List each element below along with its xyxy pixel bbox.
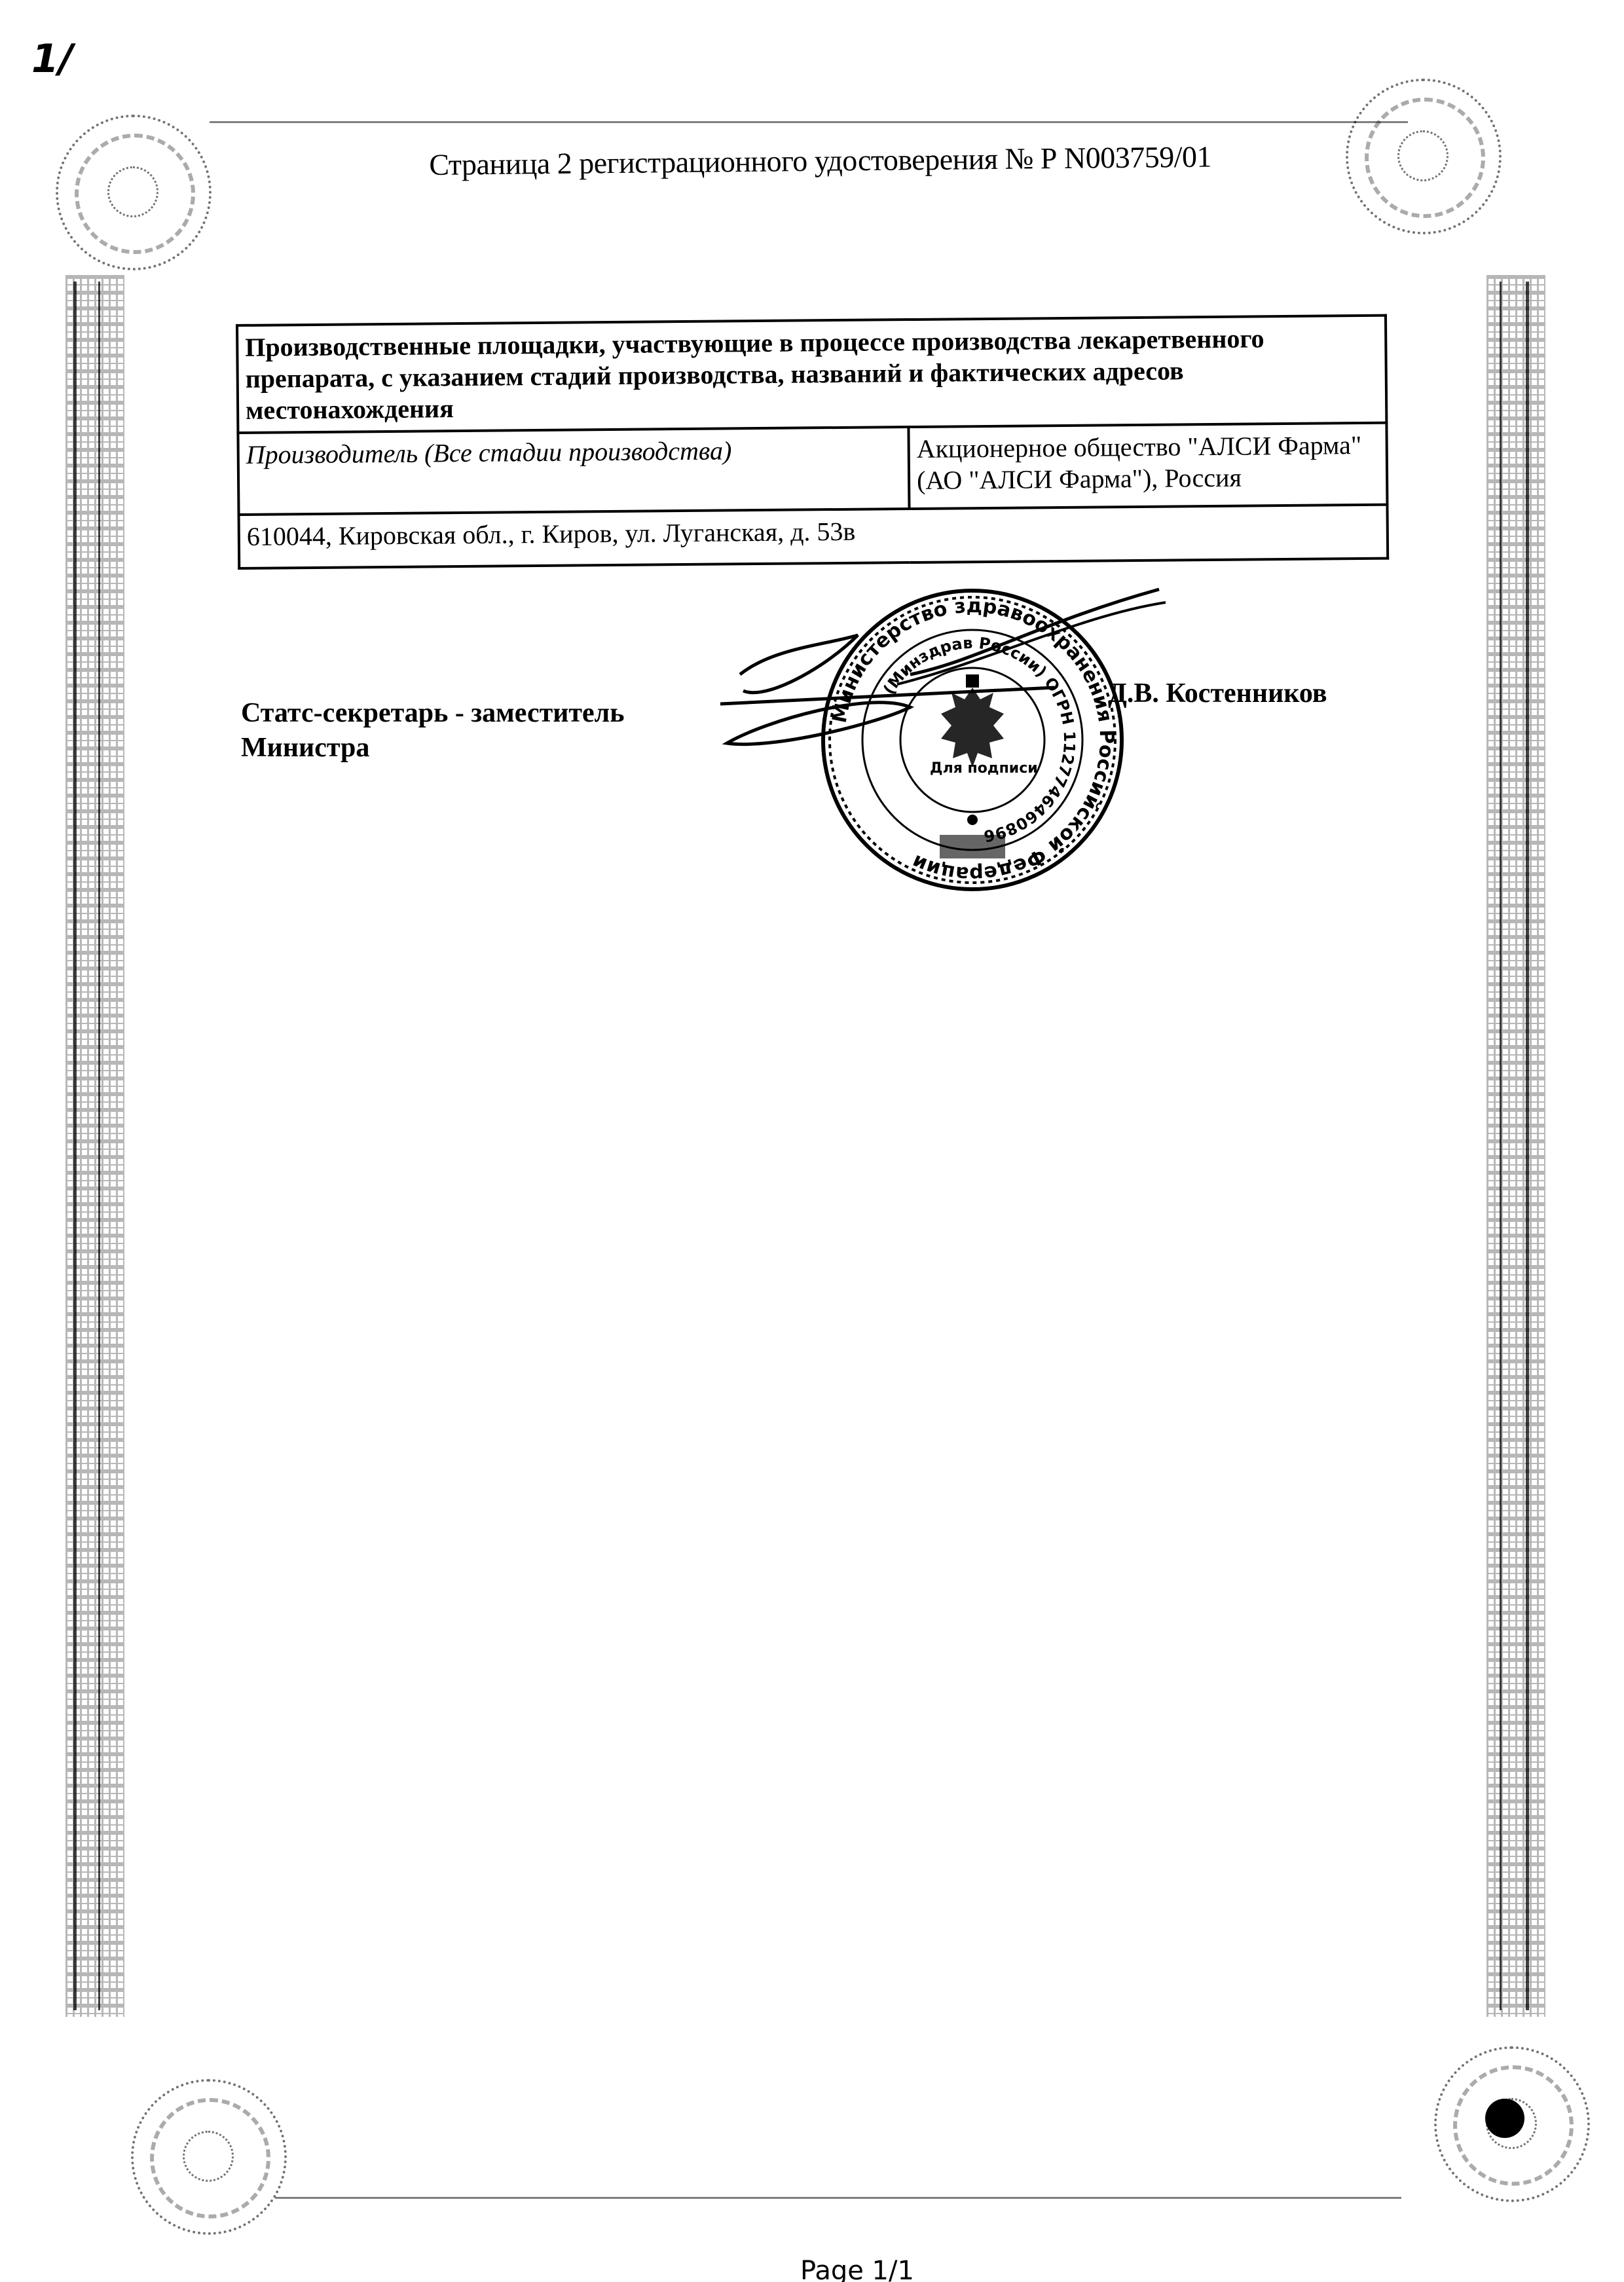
table-row: 610044, Кировская обл., г. Киров, ул. Лу… [239,505,1388,568]
page-footer: Page 1/1 [800,2256,914,2282]
rosette-ornament-icon [131,2079,287,2235]
signatory-title-line: Министра [241,731,624,765]
hole-punch-dot-icon [1485,2099,1524,2138]
table-header-row: Производственные площадки, участвующие в… [237,316,1386,433]
table-header: Производственные площадки, участвующие в… [237,316,1386,433]
frame-line [73,282,77,2010]
frame-border-top [210,121,1408,123]
rosette-ornament-icon [56,115,212,270]
frame-line [98,282,100,2010]
frame-border-bottom [275,2197,1401,2199]
frame-border-right [1486,275,1545,2017]
seal-center-label: Для подписи [930,760,1038,777]
address-cell: 610044, Кировская обл., г. Киров, ул. Лу… [239,505,1388,568]
page-title: Страница 2 регистрационного удостоверени… [429,139,1211,182]
signatory-title-line: Статс-секретарь - заместитель [241,696,624,731]
company-cell: Акционерное общество "АЛСИ Фарма" (АО "А… [908,423,1387,509]
table-row: Производитель (Все стадии производства) … [238,423,1387,515]
official-seal-icon: Министерство здравоохранения Российской … [809,583,1136,897]
production-stage-cell: Производитель (Все стадии производства) [238,427,909,515]
signatory-title: Статс-секретарь - заместитель Министра [241,696,624,765]
handwritten-mark: 1/ [31,36,73,82]
signatory-name: Д.В. Костенников [1108,678,1327,709]
frame-line [1500,282,1502,2010]
coat-of-arms-icon [941,674,1004,767]
frame-line [1526,282,1529,2010]
production-sites-table: Производственные площадки, участвующие в… [236,314,1389,570]
rosette-ornament-icon [1346,79,1502,234]
